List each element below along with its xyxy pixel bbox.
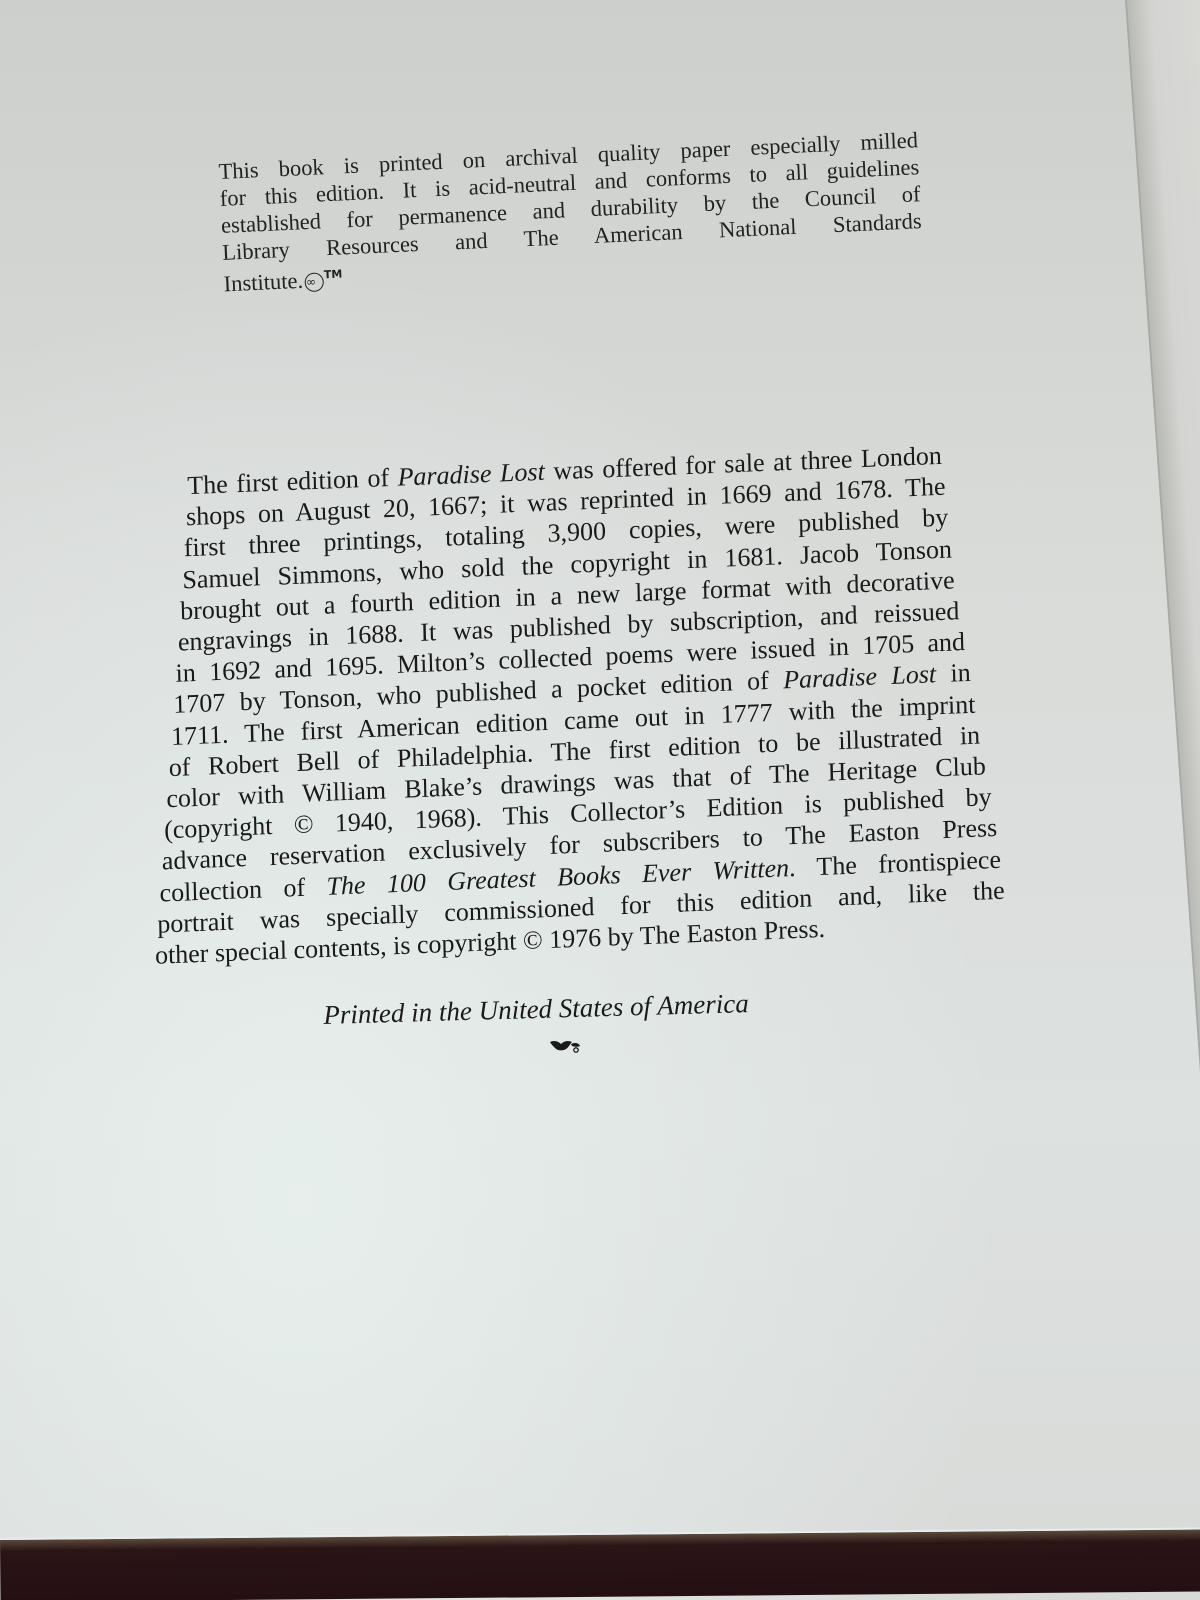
- facing-page-edge: [1125, 0, 1200, 1560]
- trademark-symbol: TM: [323, 267, 342, 281]
- infinity-permanence-icon: ∞: [305, 272, 325, 292]
- archival-line: Institute.: [223, 268, 303, 297]
- book-title-italic: Paradise Lost: [783, 660, 937, 695]
- book-cover-edge: [0, 1528, 1200, 1600]
- book-title-italic: Paradise Lost: [397, 457, 545, 492]
- archival-paper-notice: This book is printed on archival quality…: [218, 126, 924, 297]
- publication-history-paragraph: The first edition of Paradise Lost was o…: [190, 439, 961, 969]
- printed-in-usa-imprint: Printed in the United States of America: [323, 987, 804, 1031]
- book-page: This book is printed on archival quality…: [0, 0, 1200, 1600]
- history-text: in: [936, 658, 971, 688]
- bird-colophon-icon: [548, 1036, 582, 1056]
